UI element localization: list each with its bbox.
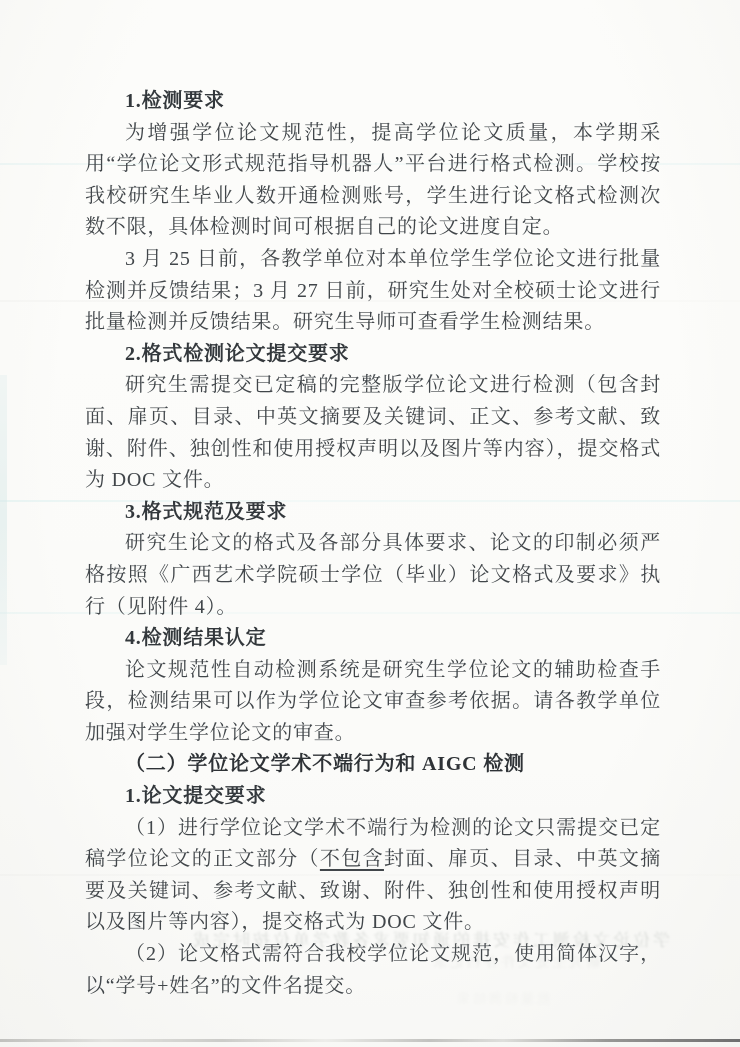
scan-edge-smudge — [0, 375, 7, 665]
document-page: 1.检测要求 为增强学位论文规范性，提高学位论文质量，本学期采用“学位论文形式规… — [0, 0, 740, 1047]
paragraph-detection-intro: 为增强学位论文规范性，提高学位论文质量，本学期采用“学位论文形式规范指导机器人”… — [85, 118, 661, 244]
paragraph-plagiarism-submission: （1）进行学位论文学术不端行为检测的论文只需提交已定稿学位论文的正文部分（不包含… — [85, 813, 661, 939]
paragraph-filename-rule: （2）论文格式需符合我校学位论文规范，使用简体汉字，以“学号+姓名”的文件名提交… — [85, 939, 661, 1002]
paragraph-result-recognition: 论文规范性自动检测系统是研究生学位论文的辅助检查手段，检测结果可以作为学位论文审… — [85, 655, 661, 750]
scan-bottom-edge — [0, 1039, 740, 1042]
underlined-phrase: 不包含 — [320, 848, 384, 870]
section-heading-1: 1.检测要求 — [85, 86, 661, 118]
section-heading-2: 2.格式检测论文提交要求 — [85, 339, 661, 371]
section-heading-3: 3.格式规范及要求 — [85, 497, 661, 529]
document-body: 1.检测要求 为增强学位论文规范性，提高学位论文质量，本学期采用“学位论文形式规… — [85, 86, 661, 1002]
section-heading-4: 4.检测结果认定 — [85, 623, 661, 655]
paragraph-format-standard: 研究生论文的格式及各部分具体要求、论文的印制必须严格按照《广西艺术学院硕士学位（… — [85, 528, 661, 623]
paragraph-batch-deadlines: 3 月 25 日前，各教学单位对本单位学生学位论文进行批量检测并反馈结果；3 月… — [85, 244, 661, 339]
section-heading-submit-req: 1.论文提交要求 — [85, 781, 661, 813]
section-heading-aigc: （二）学位论文学术不端行为和 AIGC 检测 — [85, 749, 661, 781]
paragraph-submission-contents: 研究生需提交已定稿的完整版学位论文进行检测（包含封面、扉页、目录、中英文摘要及关… — [85, 370, 661, 496]
